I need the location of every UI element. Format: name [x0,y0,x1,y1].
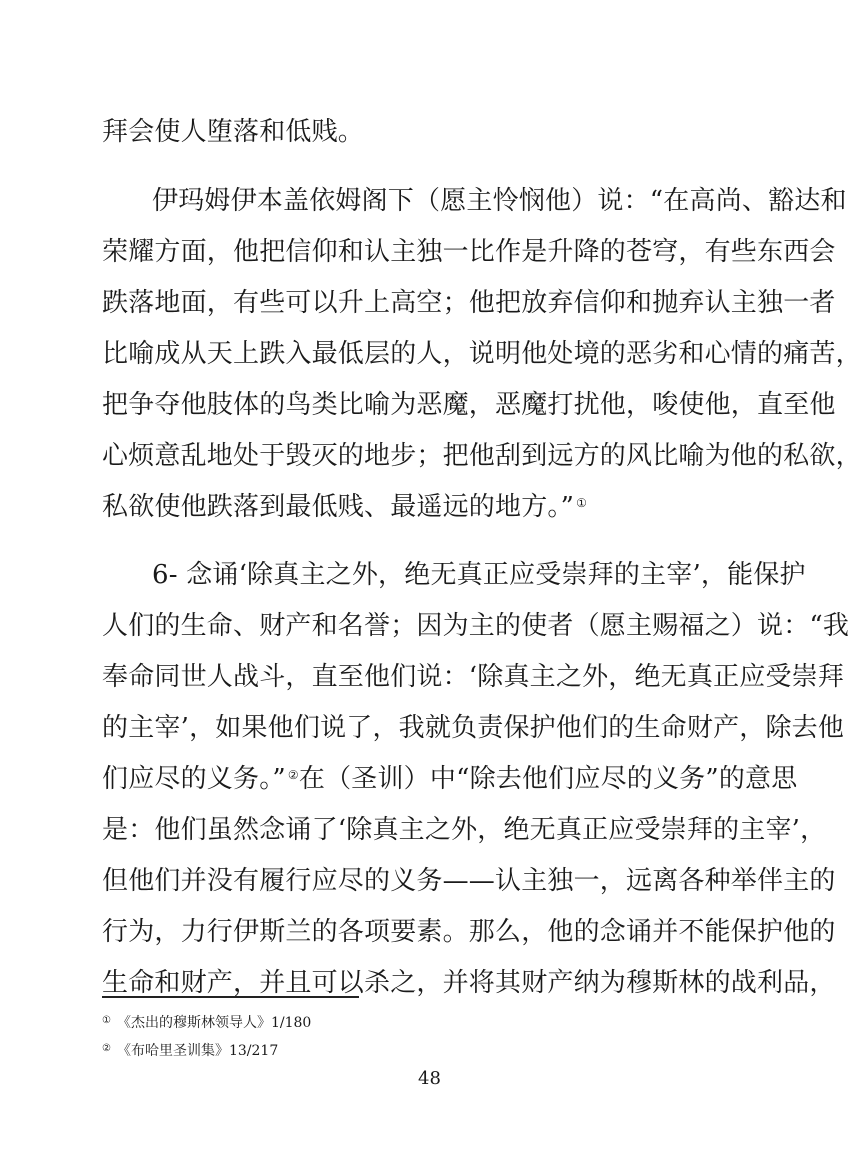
body-line: 拜会使人堕落和低贱。 [102,117,762,147]
footnote-mark: ② [102,1043,111,1054]
footnote-text: 《布哈里圣训集》13/217 [117,1043,278,1059]
body-line: 奉命同世人战斗，直至他们说：‘除真主之外，绝无真正应受崇拜 [102,662,762,692]
body-line: 6- 念诵‘除真主之外，绝无真正应受崇拜的主宰’，能保护 [152,560,812,590]
body-line: 把争夺他肢体的鸟类比喻为恶魔，恶魔打扰他，唆使他，直至他 [102,390,762,420]
body-line: 比喻成从天上跌入最低层的人，说明他处境的恶劣和心情的痛苦， [102,339,762,369]
footnote-1: ①《杰出的穆斯林领导人》1/180 [102,1014,311,1034]
footnote-mark: ① [102,1015,111,1026]
footnote-ref-1[interactable]: ① [576,496,587,510]
body-line: 心烦意乱地处于毁灭的地步；把他刮到远方的风比喻为他的私欲， [102,441,762,471]
footnote-2: ②《布哈里圣训集》13/217 [102,1042,278,1062]
body-text: 们应尽的义务。” [102,764,286,794]
footnote-divider [102,996,359,998]
footnote-ref-2[interactable]: ② [288,768,299,782]
body-line-with-footnote: 私欲使他跌落到最低贱、最遥远的地方。”① [102,492,762,522]
body-line: 生命和财产，并且可以杀之，并将其财产纳为穆斯林的战利品， [102,968,762,998]
body-line-with-footnote: 们应尽的义务。”②在（圣训）中“除去他们应尽的义务”的意思 [102,764,762,794]
footnote-text: 《杰出的穆斯林领导人》1/180 [117,1015,311,1031]
page-number: 48 [418,1068,441,1090]
body-text: 私欲使他跌落到最低贱、最遥远的地方。” [102,492,574,522]
document-page: 拜会使人堕落和低贱。 伊玛姆伊本盖依姆阁下（愿主怜悯他）说：“在高尚、豁达和 荣… [0,0,860,1163]
body-line: 荣耀方面，他把信仰和认主独一比作是升降的苍穹，有些东西会 [102,237,762,267]
body-line: 人们的生命、财产和名誉；因为主的使者（愿主赐福之）说：“我 [102,611,762,641]
body-line: 是：他们虽然念诵了‘除真主之外，绝无真正应受崇拜的主宰’， [102,815,762,845]
body-line: 伊玛姆伊本盖依姆阁下（愿主怜悯他）说：“在高尚、豁达和 [152,186,812,216]
body-line: 跌落地面，有些可以升上高空；他把放弃信仰和抛弃认主独一者 [102,288,762,318]
body-line: 的主宰’，如果他们说了，我就负责保护他们的生命财产，除去他 [102,713,762,743]
body-line: 但他们并没有履行应尽的义务——认主独一，远离各种举伴主的 [102,866,762,896]
body-line: 行为，力行伊斯兰的各项要素。那么，他的念诵并不能保护他的 [102,917,762,947]
body-text: 在（圣训）中“除去他们应尽的义务”的意思 [299,764,798,794]
